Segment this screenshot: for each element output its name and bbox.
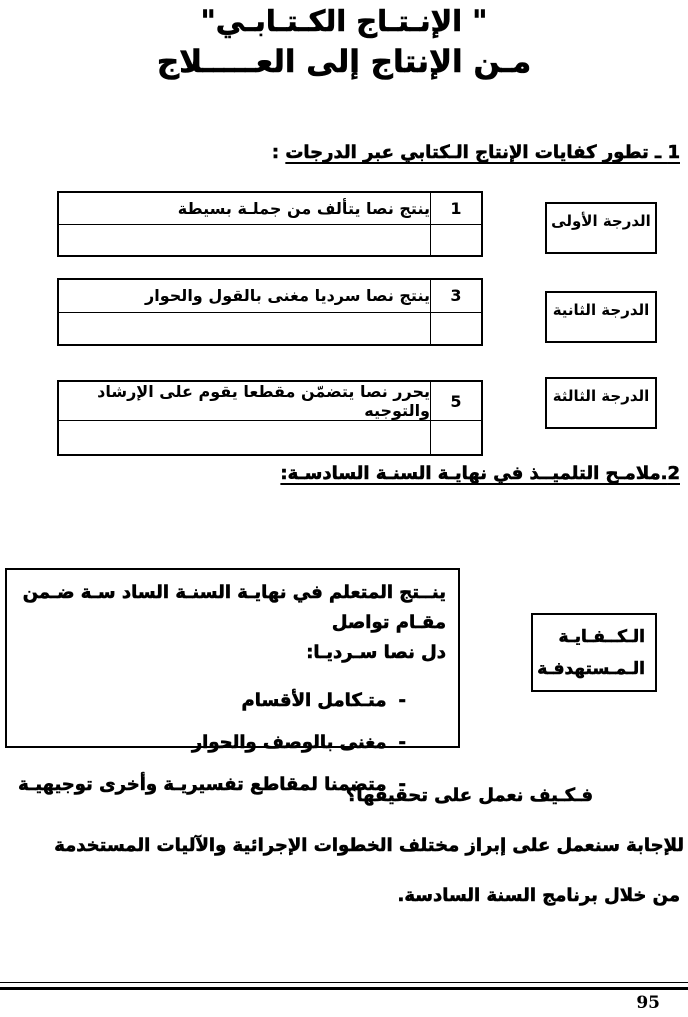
degree3-empty-text-cell: [58, 421, 431, 455]
degree1-text-cell: ينتج نصا يتألف من جملـة بسيطة: [58, 192, 431, 224]
table-row: [58, 224, 482, 256]
bullet-text: متضمنا لمقاطع تفسيريـة وأخرى توجيهيـة: [18, 774, 386, 795]
degree2-empty-text-cell: [58, 312, 431, 345]
dash-bullet: -: [399, 732, 406, 753]
degree1-table: 1 ينتج نصا يتألف من جملـة بسيطة: [57, 191, 483, 257]
table-row: [58, 421, 482, 455]
competency-intro-line1: ينــتج المتعلم في نهايـة السنـة الساد سـ…: [15, 578, 446, 638]
page-number: 95: [636, 993, 660, 1013]
degree2-table: 3 ينتج نصا سرديا مغنى بالقول والحوار: [57, 278, 483, 346]
degree1-empty-text-cell: [58, 224, 431, 256]
list-item: -متـكامل الأقسام: [15, 680, 406, 722]
list-item: -مغنى بالوصف والحوار: [15, 722, 406, 764]
table-row: [58, 312, 482, 345]
degree2-number-cell: 3: [431, 279, 483, 312]
table-row: 5 يحرر نصا يتضمّن مقطعا يقوم على الإرشاد…: [58, 381, 482, 421]
competency-description-box: ينــتج المتعلم في نهايـة السنـة الساد سـ…: [5, 568, 460, 748]
degree2-label-box: الدرجة الثانية: [545, 291, 657, 343]
section1-heading: 1 ـ تطور كفايات الإنتاج الـكتابي عبر الد…: [272, 142, 680, 163]
bullet-text: مغنى بالوصف والحوار: [192, 732, 387, 753]
degree3-empty-number-cell: [431, 421, 483, 455]
section1-heading-colon: :: [272, 142, 285, 163]
closing-answer-line2: من خلال برنامج السنة السادسة.: [398, 885, 680, 906]
degree3-table: 5 يحرر نصا يتضمّن مقطعا يقوم على الإرشاد…: [57, 380, 483, 456]
degree2-text-cell: ينتج نصا سرديا مغنى بالقول والحوار: [58, 279, 431, 312]
document-page: " الإنـتـاج الكـتـابـي" مـن الإنتاج إلى …: [0, 0, 688, 1017]
closing-answer-line1: للإجابة سنعمل على إبراز مختلف الخطوات ال…: [54, 835, 684, 856]
document-title-line2: مـن الإنتاج إلى العـــــلاج: [0, 44, 688, 80]
closing-question: فـكـيف نعمل على تحقيقها؟: [346, 785, 593, 806]
targeted-competency-line2: الـمـستهدفـة: [537, 653, 645, 685]
competency-intro-line2: دل نصا سـرديـا:: [15, 638, 446, 668]
degree1-number-cell: 1: [431, 192, 483, 224]
footer-divider: [0, 982, 688, 990]
targeted-competency-line1: الـكــفـايـة: [537, 621, 645, 653]
section2-heading: 2.ملامـح التلميــذ في نهايـة السنـة السا…: [280, 463, 680, 484]
degree3-text-cell: يحرر نصا يتضمّن مقطعا يقوم على الإرشاد و…: [58, 381, 431, 421]
dash-bullet: -: [399, 690, 406, 711]
document-title-line1: " الإنـتـاج الكـتـابـي": [0, 4, 688, 38]
degree1-label-box: الدرجة الأولى: [545, 202, 657, 254]
bullet-text: متـكامل الأقسام: [242, 690, 387, 711]
degree2-empty-number-cell: [431, 312, 483, 345]
section1-heading-text: 1 ـ تطور كفايات الإنتاج الـكتابي عبر الد…: [285, 142, 680, 163]
targeted-competency-box: الـكــفـايـة الـمـستهدفـة: [531, 613, 657, 692]
table-row: 3 ينتج نصا سرديا مغنى بالقول والحوار: [58, 279, 482, 312]
degree3-label-box: الدرجة الثالثة: [545, 377, 657, 429]
table-row: 1 ينتج نصا يتألف من جملـة بسيطة: [58, 192, 482, 224]
degree3-number-cell: 5: [431, 381, 483, 421]
degree1-empty-number-cell: [431, 224, 483, 256]
